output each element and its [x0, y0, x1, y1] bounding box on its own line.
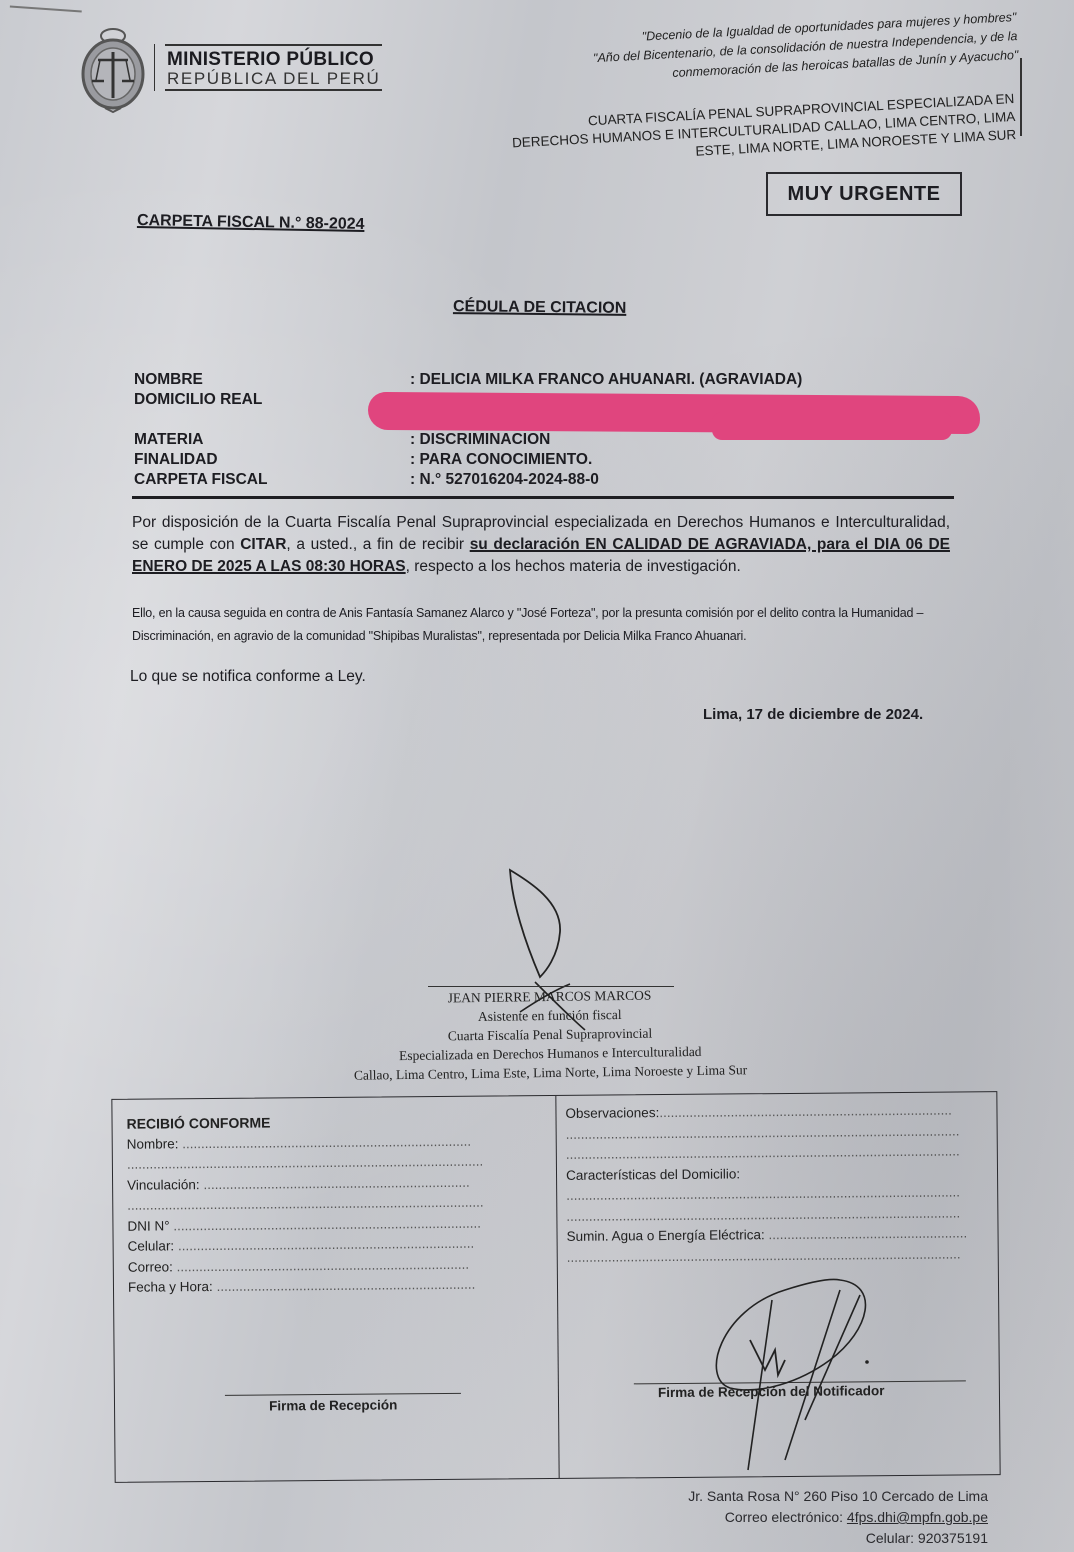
- receipt-field-continuation[interactable]: ........................................…: [566, 1182, 966, 1206]
- country-name: REPÚBLICA DEL PERÚ: [167, 70, 380, 88]
- field-label: NOMBRE: [134, 370, 410, 390]
- receipt-field-celular[interactable]: Celular: ...............................…: [128, 1234, 498, 1258]
- issue-date: Lima, 17 de diciembre de 2024.: [703, 706, 923, 723]
- receipt-left-column: RECIBIÓ CONFORME Nombre: ...............…: [112, 1096, 559, 1482]
- signature-notificador-icon: [690, 1270, 890, 1490]
- coat-of-arms-scales-icon: [78, 26, 148, 114]
- institution-name: MINISTERIO PÚBLICO: [167, 50, 380, 70]
- field-nombre: NOMBRE : DELICIA MILKA FRANCO AHUANARI. …: [134, 370, 954, 390]
- office-contact-footer: Jr. Santa Rosa N° 260 Piso 10 Cercado de…: [688, 1486, 988, 1549]
- citation-paragraph: Por disposición de la Cuarta Fiscalía Pe…: [132, 512, 950, 578]
- receipt-field-fecha-hora[interactable]: Fecha y Hora: ..........................…: [128, 1275, 498, 1299]
- header-divider: [1020, 58, 1022, 136]
- receipt-field-observaciones[interactable]: Observaciones:..........................…: [565, 1100, 965, 1124]
- recepcion-signature-label: Firma de Recepción: [269, 1397, 397, 1413]
- document-title: CÉDULA DE CITACION: [453, 298, 627, 318]
- field-value: : DISCRIMINACION: [410, 430, 550, 450]
- office-address: Jr. Santa Rosa N° 260 Piso 10 Cercado de…: [688, 1486, 988, 1507]
- field-finalidad: FINALIDAD : PARA CONOCIMIENTO.: [134, 450, 954, 470]
- urgency-badge: MUY URGENTE: [766, 172, 962, 216]
- receipt-field-continuation[interactable]: ........................................…: [566, 1141, 966, 1165]
- receipt-field-continuation[interactable]: ........................................…: [567, 1244, 967, 1268]
- field-label: MATERIA: [134, 430, 410, 450]
- office-email-link[interactable]: 4fps.dhi@mpfn.gob.pe: [847, 1509, 988, 1525]
- receipt-field-suministro[interactable]: Sumin. Agua o Energía Eléctrica: .......…: [566, 1223, 966, 1247]
- institution-brand: MINISTERIO PÚBLICO REPÚBLICA DEL PERÚ: [154, 44, 382, 91]
- carpeta-fiscal-title: CARPETA FISCAL N.° 88-2024: [137, 212, 365, 234]
- field-value: : PARA CONOCIMIENTO.: [410, 450, 592, 470]
- field-value: : DELICIA MILKA FRANCO AHUANARI. (AGRAVI…: [410, 370, 802, 390]
- field-carpeta-fiscal: CARPETA FISCAL : N.° 527016204-2024-88-0: [134, 470, 954, 490]
- section-divider: [132, 496, 954, 499]
- case-paragraph: Ello, en la causa seguida en contra de A…: [132, 602, 952, 648]
- field-value: : N.° 527016204-2024-88-0: [410, 470, 599, 490]
- field-label: CARPETA FISCAL: [134, 470, 410, 490]
- office-phone: Celular: 920375191: [688, 1528, 988, 1549]
- office-email-line: Correo electrónico: 4fps.dhi@mpfn.gob.pe: [688, 1507, 988, 1528]
- address-redaction: [712, 412, 952, 440]
- receipt-field-continuation[interactable]: ........................................…: [127, 1193, 497, 1217]
- field-label: FINALIDAD: [134, 450, 410, 470]
- official-mottos: "Decenio de la Igualdad de oportunidades…: [592, 8, 1019, 87]
- signature-line: [225, 1393, 461, 1396]
- notice-text: Lo que se notifica conforme a Ley.: [130, 668, 366, 686]
- signer-block: JEAN PIERRE MARCOS MARCOS Asistente en f…: [299, 984, 800, 1086]
- staple-mark: [10, 0, 82, 13]
- office-name: CUARTA FISCALÍA PENAL SUPRAPROVINCIAL ES…: [511, 90, 1017, 170]
- receipt-field-continuation[interactable]: ........................................…: [127, 1152, 497, 1176]
